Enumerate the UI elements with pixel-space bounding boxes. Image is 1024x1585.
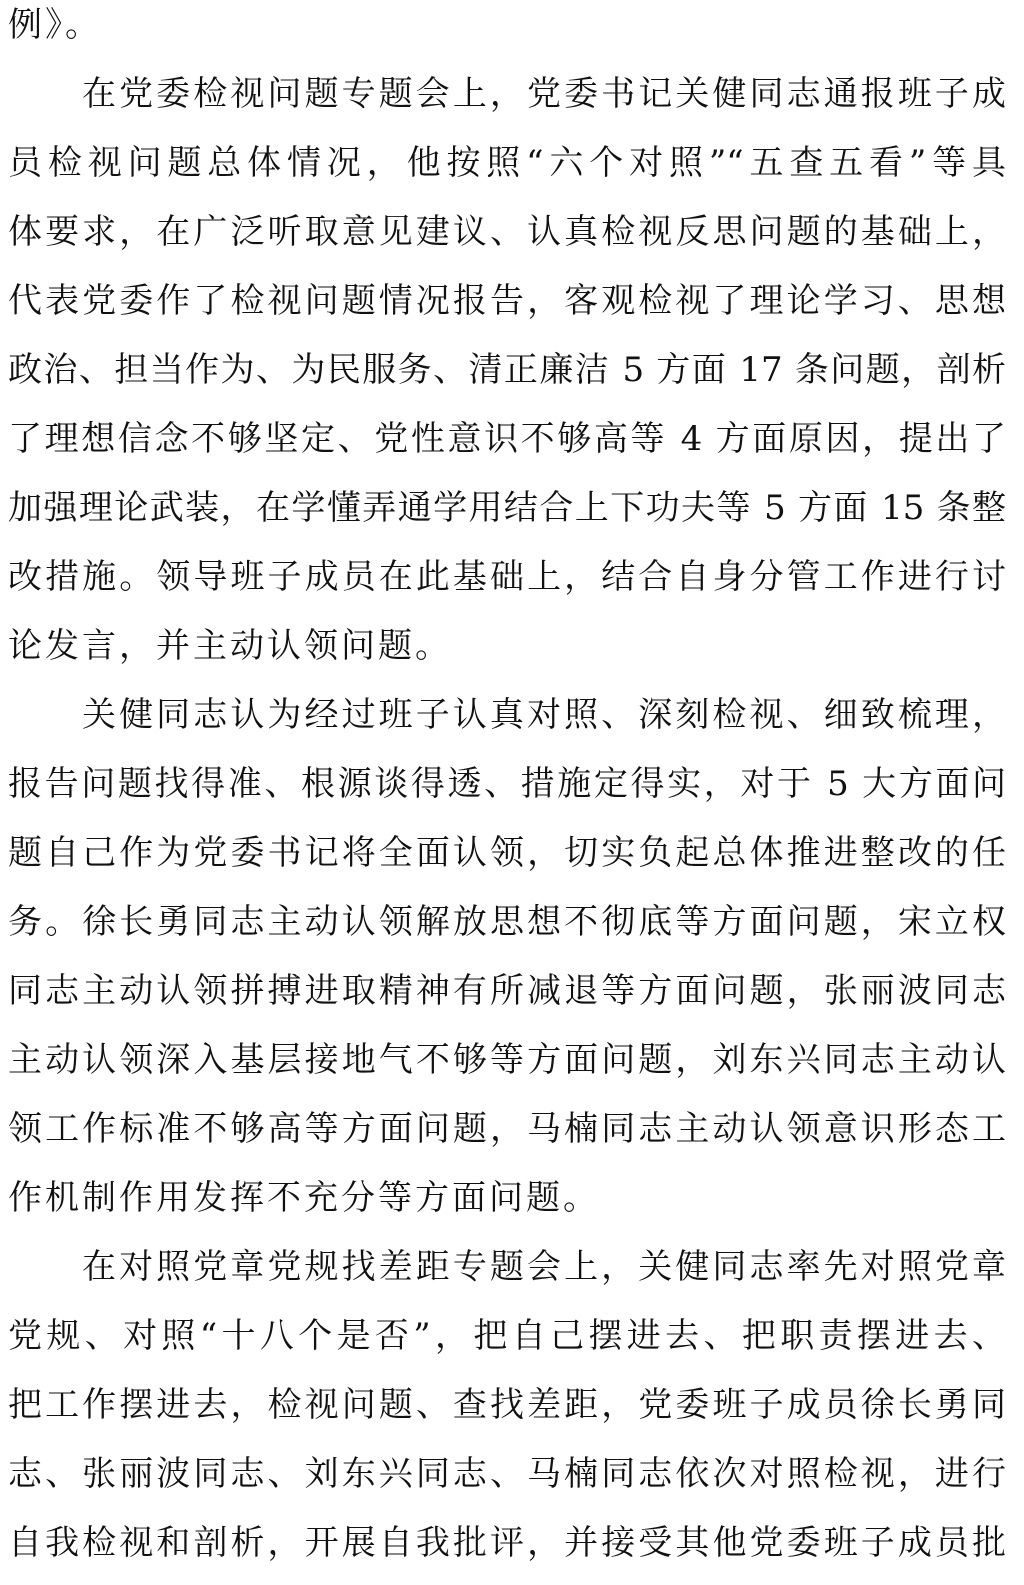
text-line: 了理想信念不够坚定、党性意识不够高等 4 方面原因，提出了 <box>8 414 1006 483</box>
text-line: 同志主动认领拼搏进取精神有所减退等方面问题，张丽波同志 <box>8 966 1006 1035</box>
text-line: 领工作标准不够高等方面问题，马楠同志主动认领意识形态工 <box>8 1104 1006 1173</box>
text-line: 题自己作为党委书记将全面认领，切实负起总体推进整改的任 <box>8 828 1006 897</box>
text-line: 把工作摆进去，检视问题、查找差距，党委班子成员徐长勇同 <box>8 1380 1006 1449</box>
text-line: 自我检视和剖析，开展自我批评，并接受其他党委班子成员批 <box>8 1518 1006 1585</box>
text-line: 代表党委作了检视问题情况报告，客观检视了理论学习、思想 <box>8 276 1006 345</box>
paragraph-first-line: 在对照党章党规找差距专题会上，关健同志率先对照党章 <box>82 1242 1006 1311</box>
text-line: 改措施。领导班子成员在此基础上，结合自身分管工作进行讨 <box>8 552 1006 621</box>
text-line: 务。徐长勇同志主动认领解放思想不彻底等方面问题，宋立权 <box>8 897 1006 966</box>
text-line: 体要求，在广泛听取意见建议、认真检视反思问题的基础上， <box>8 207 1006 276</box>
text-line: 主动认领深入基层接地气不够等方面问题，刘东兴同志主动认 <box>8 1035 1006 1104</box>
paragraph-last-line: 作机制作用发挥不充分等方面问题。 <box>8 1173 1006 1242</box>
paragraph-first-line: 在党委检视问题专题会上，党委书记关健同志通报班子成 <box>82 69 1006 138</box>
text-line: 员检视问题总体情况，他按照“六个对照”“五查五看”等具 <box>8 138 1006 207</box>
paragraph-first-line: 关健同志认为经过班子认真对照、深刻检视、细致梳理， <box>82 690 1006 759</box>
text-line: 政治、担当作为、为民服务、清正廉洁 5 方面 17 条问题，剖析 <box>8 345 1006 414</box>
text-line: 志、张丽波同志、刘东兴同志、马楠同志依次对照检视，进行 <box>8 1449 1006 1518</box>
text-line: 报告问题找得准、根源谈得透、措施定得实，对于 5 大方面问 <box>8 759 1006 828</box>
text-line: 加强理论武装，在学懂弄通学用结合上下功夫等 5 方面 15 条整 <box>8 483 1006 552</box>
paragraph-last-line: 论发言，并主动认领问题。 <box>8 621 1006 690</box>
text-line: 例》。 <box>8 0 1006 69</box>
text-line: 党规、对照“十八个是否”，把自己摆进去、把职责摆进去、 <box>8 1311 1006 1380</box>
